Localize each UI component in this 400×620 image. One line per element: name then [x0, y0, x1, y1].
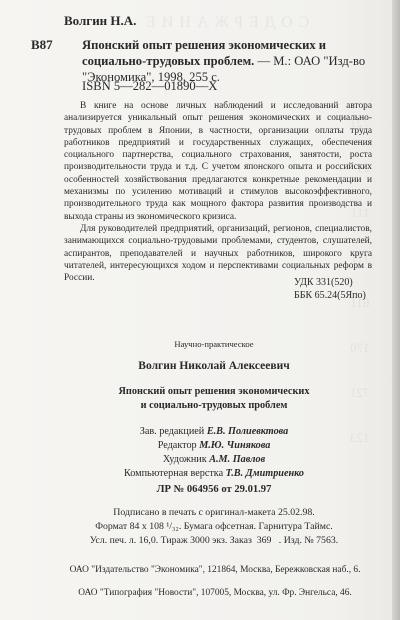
full-title-line-2: и социально-трудовых проблем: [64, 399, 364, 413]
printer-address: ОАО "Типография "Новости", 107005, Москв…: [40, 588, 390, 598]
udk-code: УДК 331(520): [294, 276, 366, 289]
credit-line: Художник А.М. Павлов: [64, 453, 364, 467]
format-info: Формат 84 x 108 ¹/₃₂. Бумага офсетная. Г…: [64, 520, 364, 534]
abstract: В книге на основе личных наблюдений и ис…: [64, 100, 372, 284]
print-run-info: Усл. печ. л. 16,0. Тираж 3000 экз. Заказ…: [64, 534, 364, 548]
license-number: ЛР № 064956 от 29.01.97: [64, 484, 364, 495]
page-edge: [392, 0, 400, 620]
classification-code: В87: [31, 37, 53, 53]
credits: Зав. редакцией Е.В. Полиевктова Редактор…: [64, 425, 364, 481]
publisher-address: ОАО "Издательство "Экономика", 121864, М…: [40, 565, 390, 575]
classification-block: УДК 331(520) ББК 65.24(5Япо): [294, 276, 366, 302]
credit-line: Редактор М.Ю. Чинякова: [64, 439, 364, 453]
bbk-code: ББК 65.24(5Япо): [294, 289, 366, 302]
full-title: Японский опыт решения экономических и со…: [64, 385, 364, 413]
abstract-paragraph: В книге на основе личных наблюдений и ис…: [64, 100, 372, 223]
genre-label: Научно-практическое: [64, 339, 364, 349]
full-title-line-1: Японский опыт решения экономических: [64, 385, 364, 399]
isbn: ISBN 5—282—01890—X: [82, 79, 217, 94]
credit-line: Компьютерная верстка Т.В. Дмитриенко: [64, 467, 364, 481]
show-through-heading: СОДЕРЖАНИЕ: [140, 14, 309, 32]
full-author-name: Волгин Николай Алексеевич: [64, 360, 364, 372]
author-short: Волгин Н.А.: [64, 13, 136, 29]
signed-to-print: Подписано в печать с оригинал-макета 25.…: [64, 506, 364, 520]
print-details: Подписано в печать с оригинал-макета 25.…: [64, 506, 364, 548]
bibliographic-entry: Японский опыт решения экономических и со…: [82, 37, 372, 85]
book-page: СОДЕРЖАНИЕ 72121111111611 170721123 Волг…: [0, 0, 392, 620]
credit-line: Зав. редакцией Е.В. Полиевктова: [64, 425, 364, 439]
